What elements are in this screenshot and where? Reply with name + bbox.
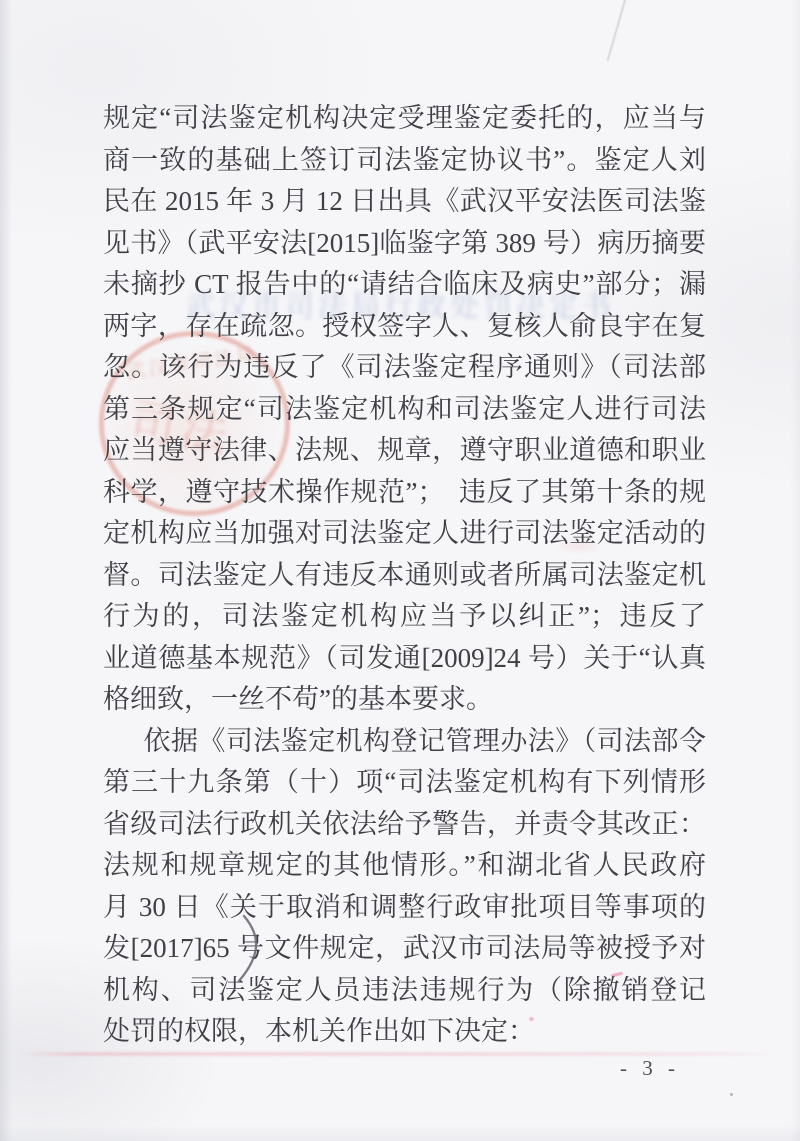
text-line: 未摘抄 CT 报告中的“请结合临床及病史”部分；漏抄“考虑” — [103, 264, 706, 306]
paper-crease-line — [607, 0, 628, 61]
grey-speck — [730, 1093, 733, 1096]
text-line: 第三十九条第（十）项“司法鉴定机构有下列情形之一的，由 — [103, 762, 706, 804]
text-line: 忽。该行为违反了《司法鉴定程序通则》（司法部令 107 号） — [103, 347, 706, 389]
text-line: 商一致的基础上签订司法鉴定协议书”。鉴定人刘金松、李汉 — [103, 140, 706, 182]
text-line: 行为的，司法鉴定机构应当予以纠正”；违反了《司法鉴定职 — [103, 596, 706, 638]
text-line: 处罚的权限，本机关作出如下决定： — [103, 1011, 706, 1053]
text-line: 民在 2015 年 3 月 12 日出具《武汉平安法医司法鉴定所鉴定意 — [103, 181, 706, 223]
text-line: 应当遵守法律、法规、规章，遵守职业道德和职业纪律，尊重 — [103, 430, 706, 472]
text-line: 法规和规章规定的其他情形。”和湖北省人民政府 2017 年 12 — [103, 845, 706, 887]
text-line: 见书》（武平安法[2015]临鉴字第 389 号）病历摘要摘抄时， — [103, 223, 706, 265]
scanned-document-page: 武汉市司法局 司法 武汉市司法局行政处罚决定书 规定“司法鉴定机构决定受理鉴定委… — [0, 0, 800, 1141]
text-line: 发[2017]65 号文件规定，武汉市司法局等被授予对司法鉴定 — [103, 928, 706, 970]
text-line: 督。司法鉴定人有违反本通则或者所属司法鉴定机构管理规定 — [103, 555, 706, 597]
text-line: 省级司法行政机关依法给予警告，并责令其改正：（十）法律、 — [103, 804, 706, 846]
text-line: 第三条规定“司法鉴定机构和司法鉴定人进行司法鉴定活动， — [103, 389, 706, 431]
text-line: 规定“司法鉴定机构决定受理鉴定委托的，应当与委托人在协 — [103, 98, 706, 140]
document-body: 规定“司法鉴定机构决定受理鉴定委托的，应当与委托人在协商一致的基础上签订司法鉴定… — [103, 98, 706, 1053]
text-line: 两字，存在疏忽。授权签字人、复核人俞良宇在复核时存在疏 — [103, 306, 706, 348]
text-line: 科学，遵守技术操作规范”； 违反了其第十条的规定“司法鉴 — [103, 472, 706, 514]
text-line: 依据《司法鉴定机构登记管理办法》（司法部令第 95 号） — [103, 721, 706, 763]
page-number: - 3 - — [620, 1056, 680, 1081]
text-line: 格细致，一丝不苟”的基本要求。 — [103, 679, 706, 721]
text-line: 月 30 日《关于取消和调整行政审批项目等事项的决定》（鄂政 — [103, 887, 706, 929]
text-line: 定机构应当加强对司法鉴定人进行司法鉴定活动的管理和监 — [103, 513, 706, 555]
text-line: 业道德基本规范》（司发通[2009]24 号）关于“认真负责，严 — [103, 638, 706, 680]
pink-speck — [529, 1017, 534, 1021]
